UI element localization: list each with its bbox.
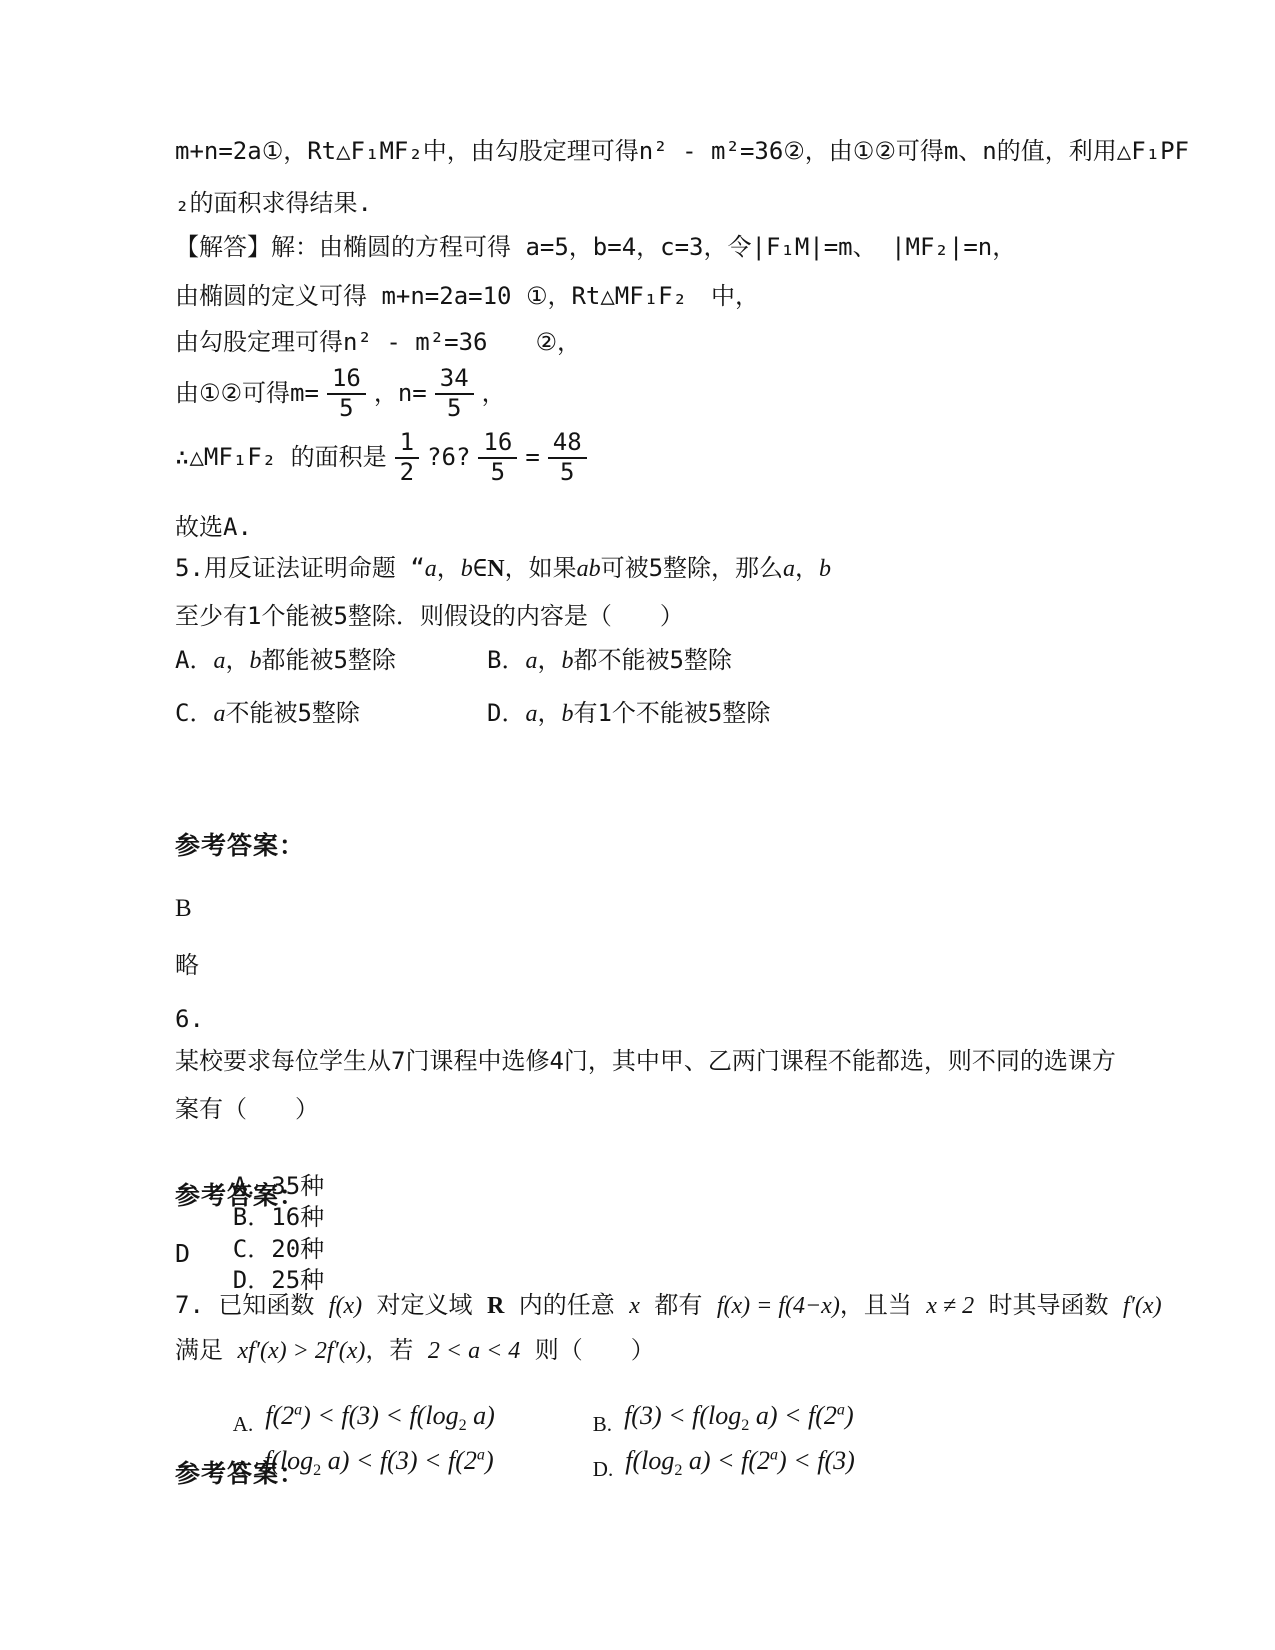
- question5-option-d: D．a，b有1个不能被5整除: [487, 698, 770, 730]
- fraction-line-suffix: ，: [482, 378, 506, 409]
- question6-number: 6.: [175, 1004, 204, 1035]
- area-line-equals: =: [525, 442, 539, 473]
- reference-answer-label-q7: 参考答案：: [175, 1458, 305, 1491]
- exam-document-page: m+n=2a①，Rt△F₁MF₂中，由勾股定理可得n² - m²=36②，由①②…: [0, 0, 1275, 1650]
- solution-step-2: 由椭圆的定义可得 m+n=2a=10 ①，Rt△MF₁F₂ 中，: [175, 281, 759, 312]
- question5-line-2: 至少有1个能被5整除．则假设的内容是（ ）: [175, 601, 684, 632]
- solution-step-3: 由勾股定理可得n² - m²=36 ②，: [175, 327, 581, 358]
- question5-line-1: 5.用反证法证明命题 “a，b∈N，如果ab可被5整除，那么a，b: [175, 553, 831, 585]
- fraction-line-mid: ，n=: [374, 378, 427, 409]
- fraction-n: 345: [435, 366, 474, 422]
- question5-option-c: C．a不能被5整除: [175, 698, 360, 730]
- area-line-mid1: ?6?: [427, 442, 470, 473]
- answer-note-q5: 略: [175, 950, 199, 981]
- reference-answer-label-q5: 参考答案：: [175, 830, 305, 863]
- analysis-line-2: ₂的面积求得结果.: [175, 188, 372, 219]
- solution-fraction-line: 由①②可得m= 165 ，n= 345 ，: [175, 366, 506, 422]
- reference-answer-label-q6: 参考答案：: [175, 1180, 305, 1213]
- question6-option-c: C．20种: [233, 1235, 324, 1263]
- question7-line-1: 7. 已知函数 f(x) 对定义域 R 内的任意 x 都有 f(x) = f(4…: [175, 1290, 1162, 1322]
- fraction-sixteen-fifths: 165: [478, 430, 517, 486]
- answer-q6: D: [175, 1238, 190, 1271]
- question6-text-line-1: 某校要求每位学生从7门课程中选修4门，其中甲、乙两门课程不能都选，则不同的选课方: [175, 1046, 1116, 1077]
- solution-area-line: ∴△MF₁F₂ 的面积是 12 ?6? 165 = 485: [175, 430, 595, 486]
- fraction-result: 485: [548, 430, 587, 486]
- question5-option-a: A．a，b都能被5整除: [175, 645, 396, 677]
- area-line-prefix: ∴△MF₁F₂ 的面积是: [175, 442, 387, 473]
- fraction-line-prefix: 由①②可得m=: [175, 378, 319, 409]
- question6-text-line-2: 案有（ ）: [175, 1094, 319, 1125]
- question7-option-d-label: D.: [593, 1457, 613, 1481]
- fraction-m: 165: [327, 366, 366, 422]
- question5-option-b: B．a，b都不能被5整除: [487, 645, 732, 677]
- question7-option-d: D.f(log2 a) < f(2a) < f(3): [535, 1413, 855, 1514]
- fraction-half: 12: [395, 430, 419, 486]
- solution-conclusion: 故选A.: [175, 512, 252, 543]
- analysis-line-1: m+n=2a①，Rt△F₁MF₂中，由勾股定理可得n² - m²=36②，由①②…: [175, 136, 1189, 167]
- answer-q5: B: [175, 893, 192, 926]
- question7-option-d-formula: f(log2 a) < f(2a) < f(3): [625, 1446, 855, 1476]
- question7-line-2: 满足 xf′(x) > 2f′(x)，若 2 < a < 4 则（ ）: [175, 1335, 655, 1367]
- solution-step-1: 【解答】解：由椭圆的方程可得 a=5，b=4，c=3，令|F₁M|=m、 |MF…: [175, 232, 1016, 263]
